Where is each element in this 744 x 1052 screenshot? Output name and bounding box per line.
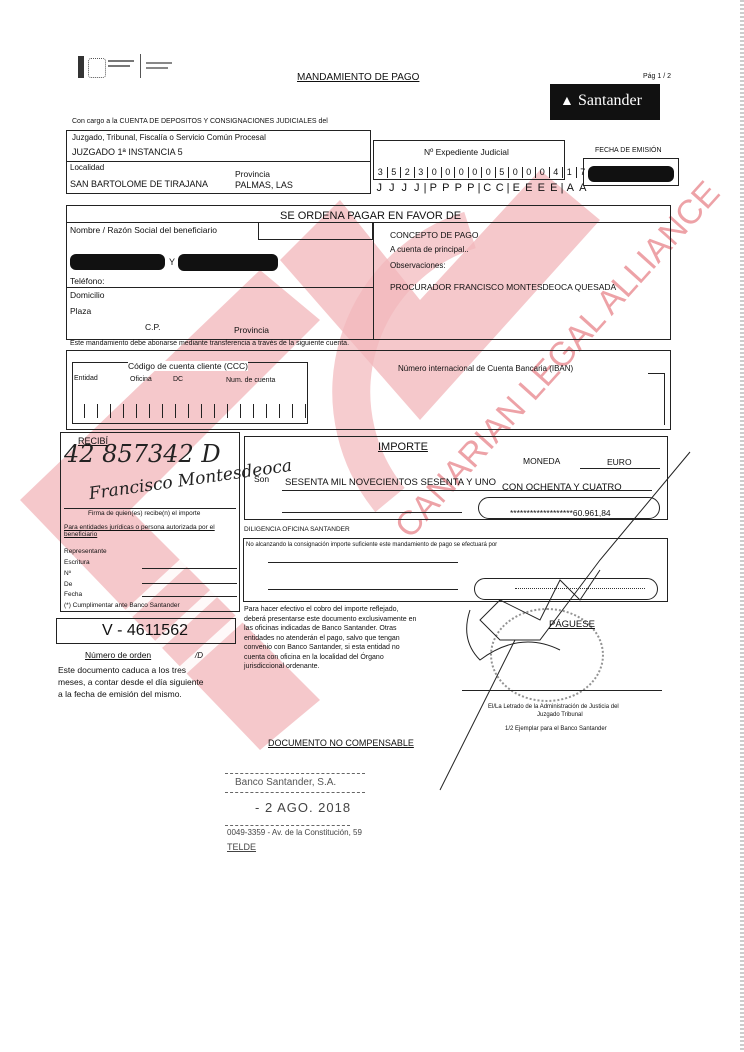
- stamp-city: TELDE: [227, 842, 256, 852]
- stamp-branch: 0049-3359 - Av. de la Constitución, 59: [227, 828, 362, 837]
- no-compensable: DOCUMENTO NO COMPENSABLE: [268, 738, 414, 748]
- stamp-date: - 2 AGO. 2018: [255, 800, 351, 815]
- bank-stamp: Banco Santander, S.A. - 2 AGO. 2018 0049…: [225, 770, 375, 865]
- stamp-bank: Banco Santander, S.A.: [235, 777, 336, 788]
- scan-edge: [740, 0, 744, 1052]
- signature-strokes: [0, 0, 744, 1052]
